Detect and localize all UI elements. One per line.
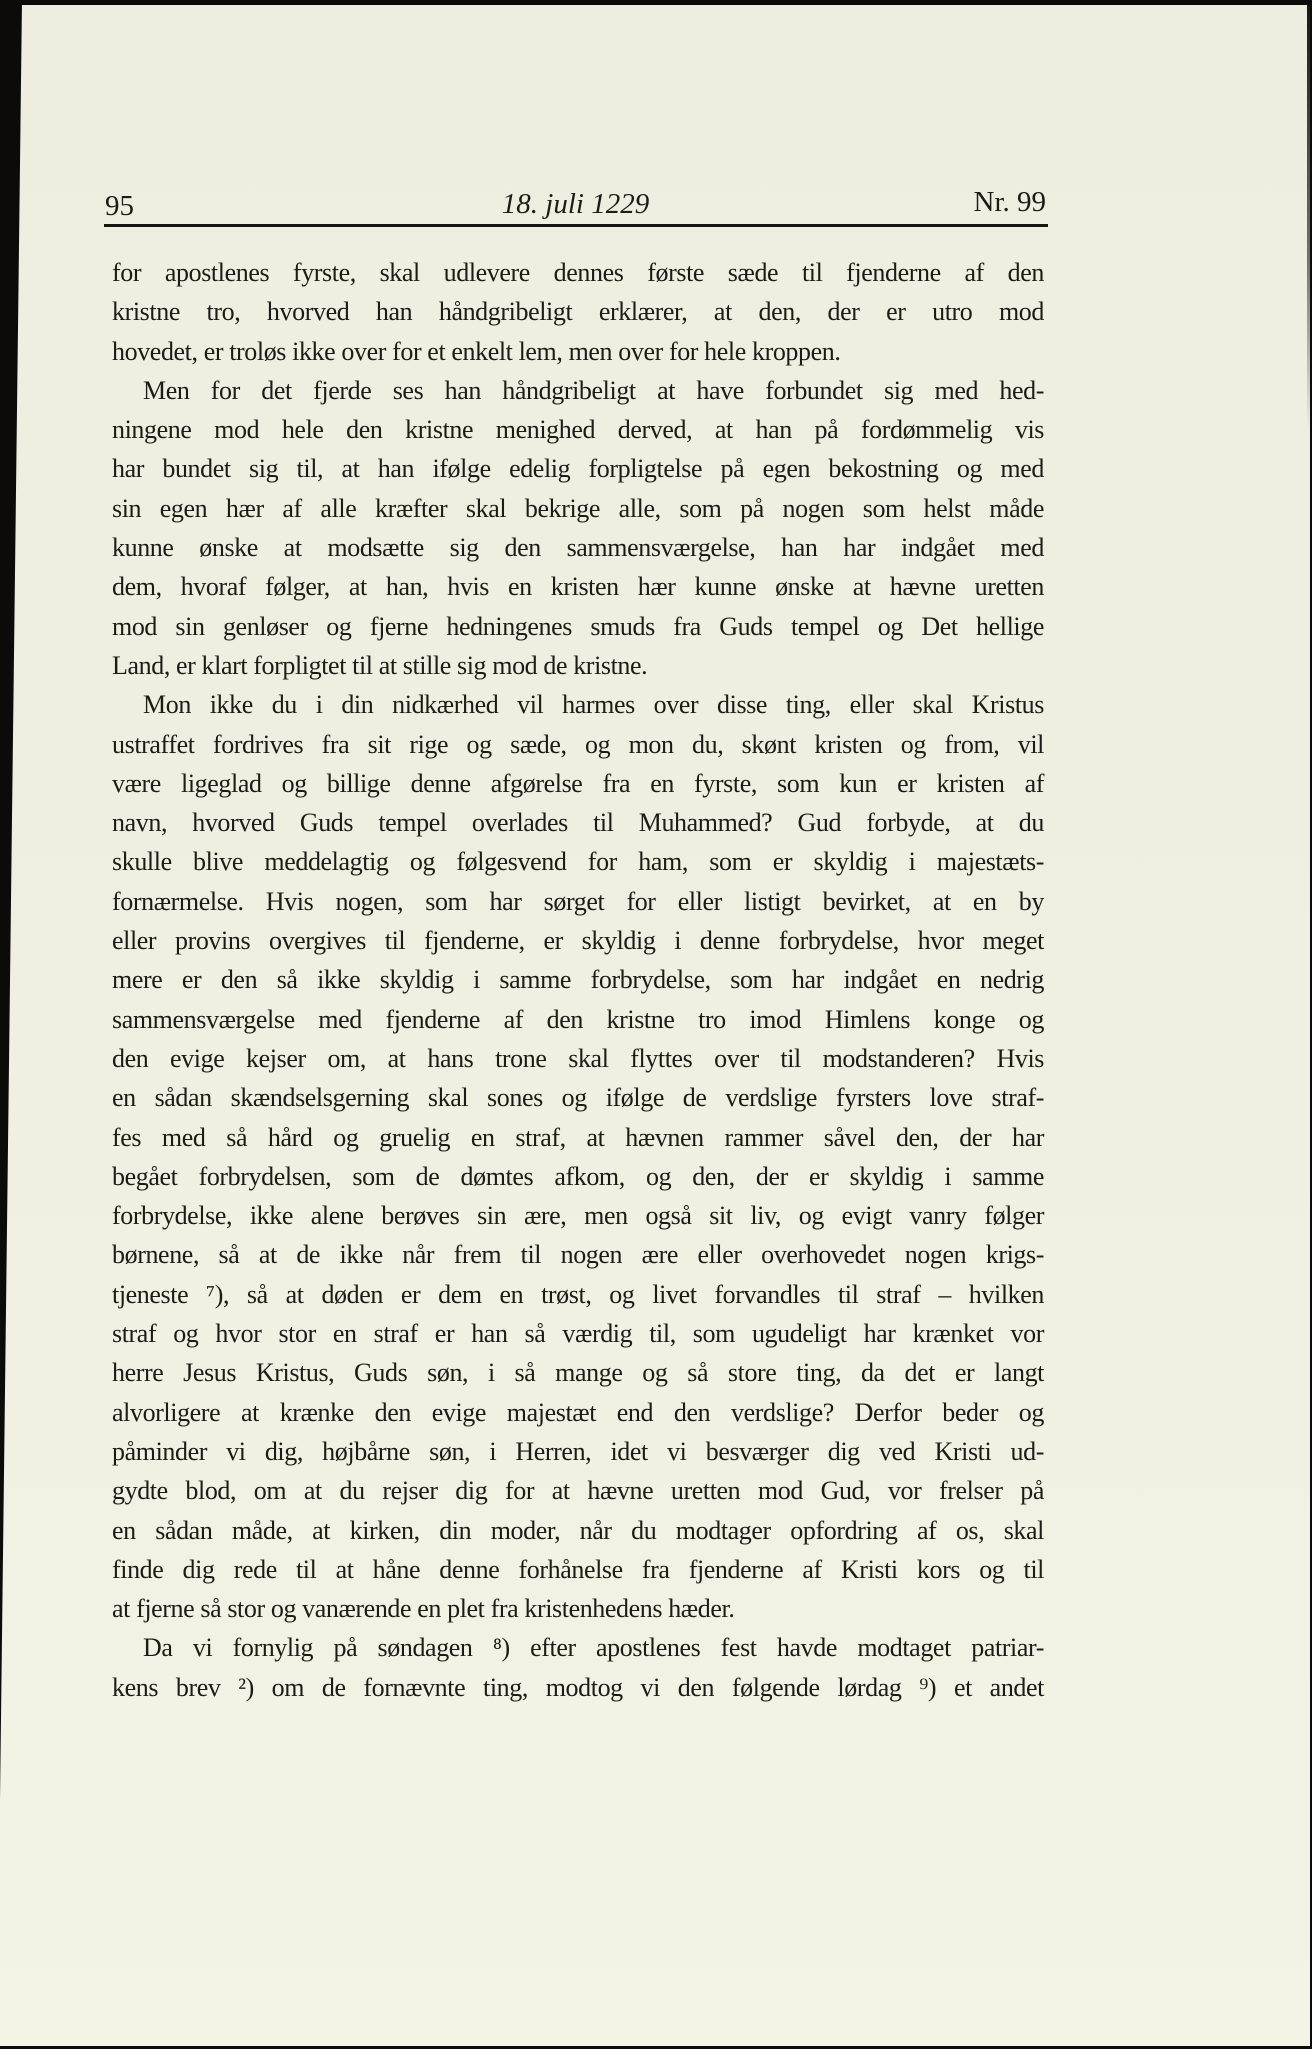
text-line: alvorligere at krænke den evige majestæt… [112,1393,1044,1432]
text-line: Mon ikke du i din nidkærhed vil harmes o… [112,685,1044,724]
scan-edge-right [1307,0,1310,430]
text-line: den evige kejser om, at hans trone skal … [112,1039,1044,1078]
text-line: tjeneste ⁷), så at døden er dem en trøst… [112,1275,1044,1314]
text-line: straf og hvor stor en straf er han så væ… [112,1314,1044,1353]
text-line: for apostlenes fyrste, skal udlevere den… [112,253,1044,292]
text-line: Land, er klart forpligtet til at stille … [112,646,1044,685]
body-text: for apostlenes fyrste, skal udlevere den… [112,253,1044,1707]
document-number: Nr. 99 [974,187,1047,217]
text-line: mod sin genløser og fjerne hedningenes s… [112,607,1044,646]
text-line: fes med så hård og gruelig en straf, at … [112,1118,1044,1157]
text-line: ustraffet fordrives fra sit rige og sæde… [112,725,1044,764]
text-line: være ligeglad og billige denne afgørelse… [112,764,1044,803]
text-line: en sådan måde, at kirken, din moder, når… [112,1511,1044,1550]
text-line: Men for det fjerde ses han håndgribeligt… [112,371,1044,410]
text-line: skulle blive meddelagtig og følgesvend f… [112,842,1044,881]
text-line: kens brev ²) om de fornævnte ting, modto… [112,1668,1044,1707]
text-line: påminder vi dig, højbårne søn, i Herren,… [112,1432,1044,1471]
text-line: finde dig rede til at håne denne forhåne… [112,1550,1044,1589]
book-page: 95 18. juli 1229 Nr. 99 for apostlenes f… [0,5,1310,2046]
text-line: dem, hvoraf følger, at han, hvis en kris… [112,567,1044,606]
text-line: har bundet sig til, at han ifølge edelig… [112,449,1044,488]
text-line: begået forbrydelsen, som de dømtes afkom… [112,1157,1044,1196]
text-line: ningene mod hele den kristne menighed de… [112,410,1044,449]
text-line: sammensværgelse med fjenderne af den kri… [112,1000,1044,1039]
text-line: mere er den så ikke skyldig i samme forb… [112,960,1044,999]
text-line: kristne tro, hvorved han håndgribeligt e… [112,292,1044,331]
text-line: eller provins overgives til fjenderne, e… [112,921,1044,960]
text-line: gydte blod, om at du rejser dig for at h… [112,1471,1044,1510]
text-line: en sådan skændselsgerning skal sones og … [112,1078,1044,1117]
text-line: Da vi fornylig på søndagen ⁸) efter apos… [112,1628,1044,1667]
header-rule [104,224,1048,227]
text-line: sin egen hær af alle kræfter skal bekrig… [112,489,1044,528]
text-line: kunne ønske at modsætte sig den sammensv… [112,528,1044,567]
text-line: fornærmelse. Hvis nogen, som har sørget … [112,882,1044,921]
text-line: børnene, så at de ikke når frem til noge… [112,1235,1044,1274]
text-line: forbrydelse, ikke alene berøves sin ære,… [112,1196,1044,1235]
text-line: at fjerne så stor og vanærende en plet f… [112,1589,1044,1628]
page-header: 95 18. juli 1229 Nr. 99 [105,191,1046,225]
header-date: 18. juli 1229 [105,189,1046,219]
text-line: hovedet, er troløs ikke over for et enke… [112,332,1044,371]
text-line: navn, hvorved Guds tempel overlades til … [112,803,1044,842]
text-line: herre Jesus Kristus, Guds søn, i så mang… [112,1353,1044,1392]
